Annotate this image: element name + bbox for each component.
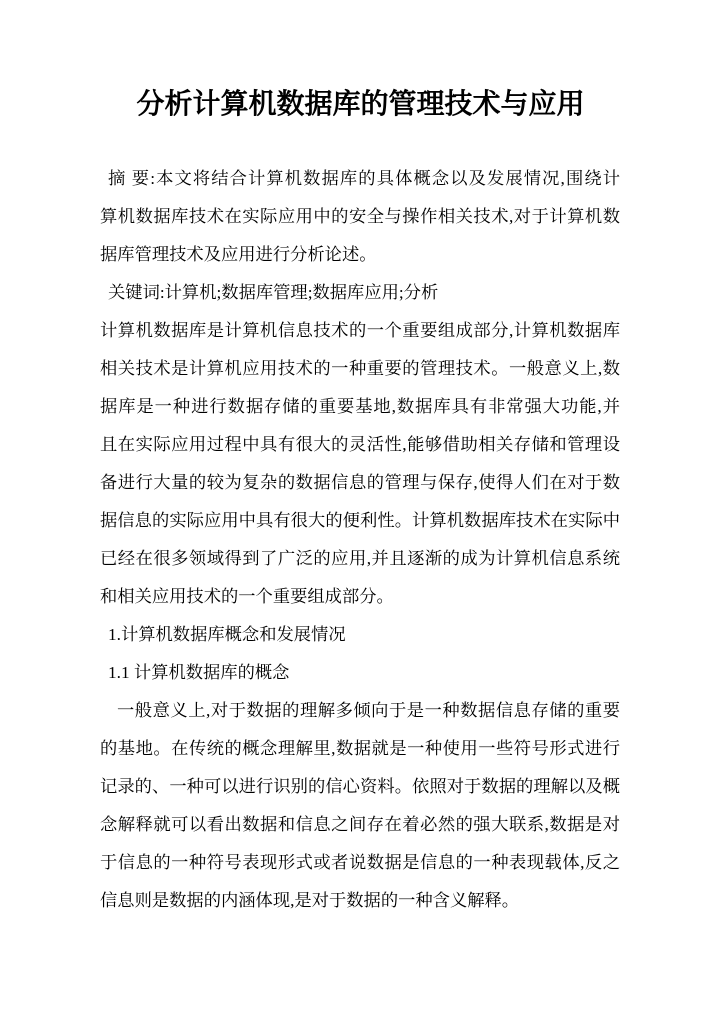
document-body: 摘 要:本文将结合计算机数据库的具体概念以及发展情况,围绕计 算机数据库技术在实… — [100, 160, 620, 920]
section-line: 一般意义上,对于数据的理解多倾向于是一种数据信息存储的重要 — [100, 692, 620, 730]
abstract-line: 摘 要:本文将结合计算机数据库的具体概念以及发展情况,围绕计 — [100, 160, 620, 198]
intro-line: 且在实际应用过程中具有很大的灵活性,能够借助相关存储和管理设 — [100, 426, 620, 464]
intro-line: 据库是一种进行数据存储的重要基地,数据库具有非常强大功能,并 — [100, 388, 620, 426]
abstract-line: 据库管理技术及应用进行分析论述。 — [100, 236, 620, 274]
page-title: 分析计算机数据库的管理技术与应用 — [0, 0, 721, 122]
intro-line: 已经在很多领域得到了广泛的应用,并且逐渐的成为计算机信息系统 — [100, 540, 620, 578]
intro-line: 计算机数据库是计算机信息技术的一个重要组成部分,计算机数据库 — [100, 312, 620, 350]
section-heading-1: 1.计算机数据库概念和发展情况 — [100, 616, 620, 654]
intro-line: 和相关应用技术的一个重要组成部分。 — [100, 578, 620, 616]
intro-line: 相关技术是计算机应用技术的一种重要的管理技术。一般意义上,数 — [100, 350, 620, 388]
section-line: 信息则是数据的内涵体现,是对于数据的一种含义解释。 — [100, 882, 620, 920]
document-page: 分析计算机数据库的管理技术与应用 摘 要:本文将结合计算机数据库的具体概念以及发… — [0, 0, 721, 1020]
section-line: 的基地。在传统的概念理解里,数据就是一种使用一些符号形式进行 — [100, 730, 620, 768]
section-line: 记录的、一种可以进行识别的信心资料。依照对于数据的理解以及概 — [100, 768, 620, 806]
intro-line: 据信息的实际应用中具有很大的便利性。计算机数据库技术在实际中 — [100, 502, 620, 540]
intro-line: 备进行大量的较为复杂的数据信息的管理与保存,使得人们在对于数 — [100, 464, 620, 502]
section-heading-1-1: 1.1 计算机数据库的概念 — [100, 654, 620, 692]
section-line: 念解释就可以看出数据和信息之间存在着必然的强大联系,数据是对 — [100, 806, 620, 844]
section-line: 于信息的一种符号表现形式或者说数据是信息的一种表现载体,反之 — [100, 844, 620, 882]
keywords-line: 关键词:计算机;数据库管理;数据库应用;分析 — [100, 274, 620, 312]
abstract-line: 算机数据库技术在实际应用中的安全与操作相关技术,对于计算机数 — [100, 198, 620, 236]
